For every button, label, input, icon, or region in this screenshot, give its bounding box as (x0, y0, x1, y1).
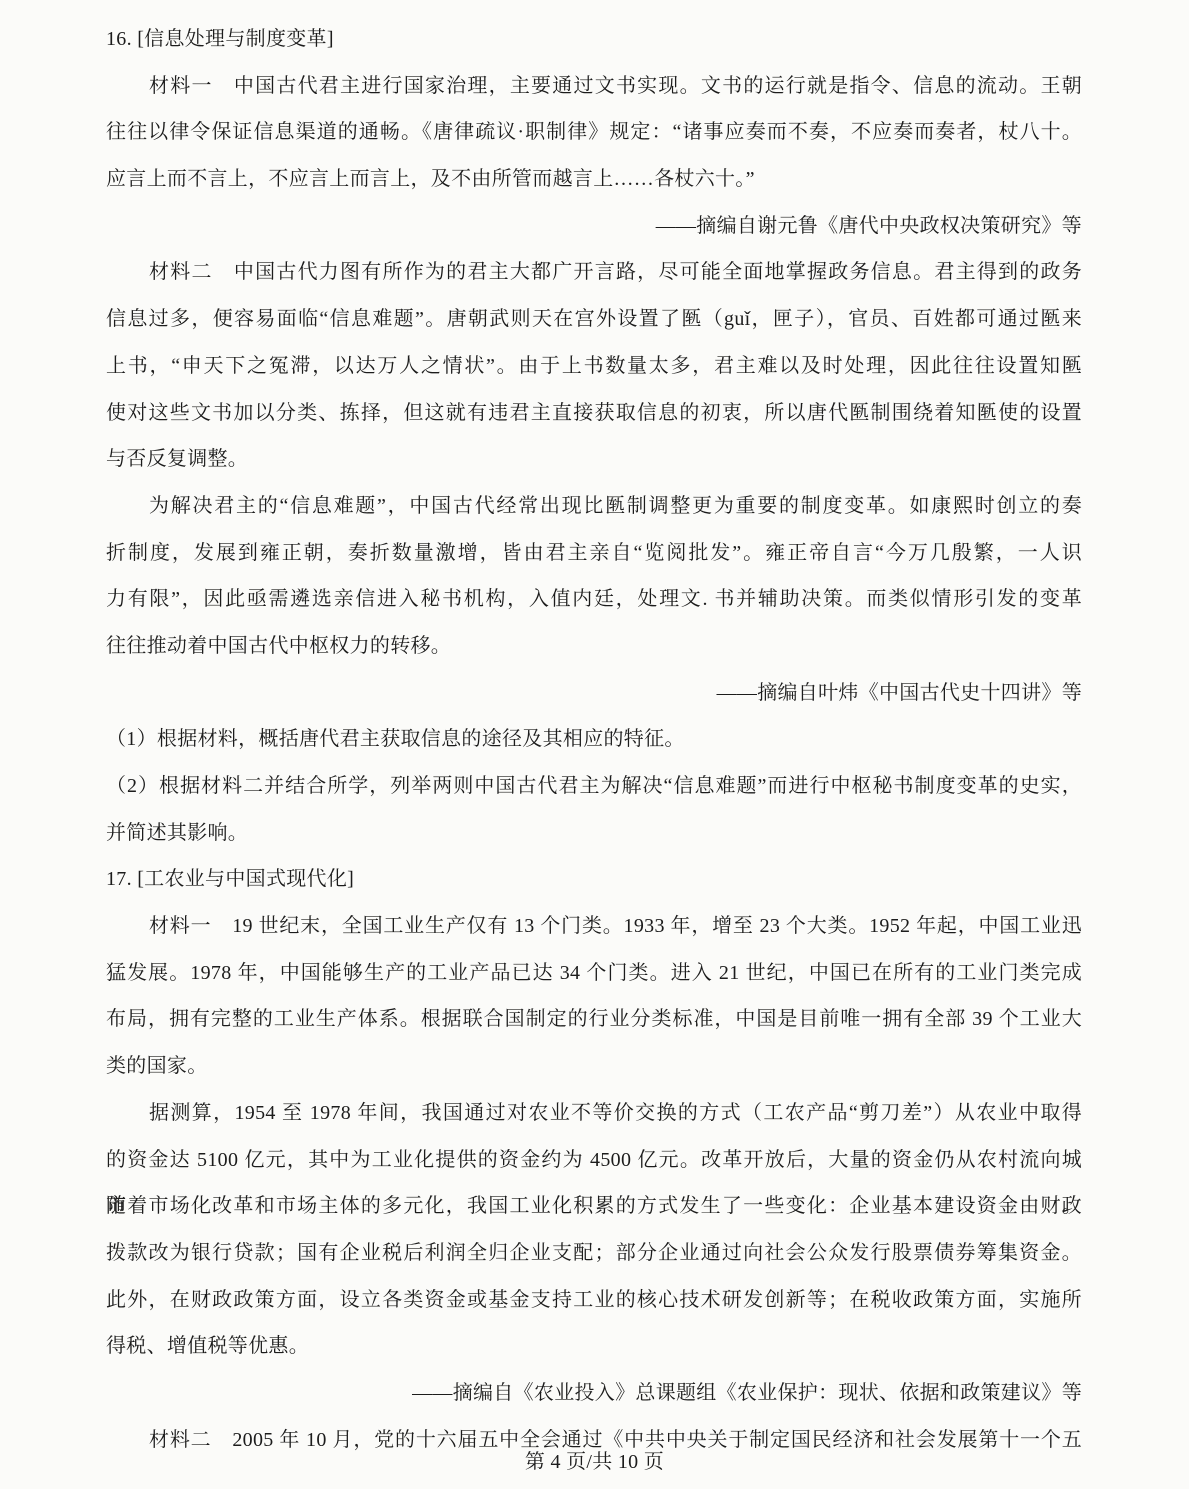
q17-material1-para2-line-3: 随着市场化改革和市场主体的多元化，我国工业化积累的方式发生了一些变化：企业基本建… (106, 1183, 1082, 1230)
q17-material1-line-2: 猛发展。1978 年，中国能够生产的工业产品已达 34 个门类。进入 21 世纪… (106, 950, 1082, 997)
q16-material2-line-2: 信息过多，便容易面临“信息难题”。唐朝武则天在宫外设置了匦（guǐ，匣子），官员… (106, 296, 1082, 343)
q16-material2-line-1: 材料二 中国古代力图有所作为的君主大都广开言路，尽可能全面地掌握政务信息。君主得… (106, 249, 1082, 296)
q17-material1-line-4: 类的国家。 (106, 1043, 1082, 1090)
q17-material1-para2-line-6: 得税、增值税等优惠。 (106, 1323, 1082, 1370)
q16-material2-para2-line-3: 力有限”，因此亟需遴选亲信进入秘书机构，入值内廷，处理文. 书并辅助决策。而类似… (106, 576, 1082, 623)
q16-material2-line-5: 与否反复调整。 (106, 436, 1082, 483)
q17-material1-para2-line-1: 据测算，1954 至 1978 年间，我国通过对农业不等价交换的方式（工农产品“… (106, 1090, 1082, 1137)
q16-source-attribution-1: ——摘编自谢元鲁《唐代中央政权决策研究》等 (106, 203, 1082, 250)
q17-material1-para2-line-4: 拨款改为银行贷款；国有企业税后利润全归企业支配；部分企业通过向社会公众发行股票债… (106, 1230, 1082, 1277)
q16-source-attribution-2: ——摘编自叶炜《中国古代史十四讲》等 (106, 670, 1082, 717)
q17-material1-line-1: 材料一 19 世纪末，全国工业生产仅有 13 个门类。1933 年，增至 23 … (106, 903, 1082, 950)
q16-material1-line-2: 往往以律令保证信息渠道的通畅。《唐律疏议·职制律》规定：“诸事应奏而不奏，不应奏… (106, 109, 1082, 156)
q17-material1-para2-line-2: 的资金达 5100 亿元，其中为工业化提供的资金约为 4500 亿元。改革开放后… (106, 1137, 1082, 1184)
q16-material2-para2-line-2: 折制度，发展到雍正朝，奏折数量激增，皆由君主亲自“览阅批发”。雍正帝自言“今万几… (106, 530, 1082, 577)
q16-material2-para2-line-1: 为解决君主的“信息难题”，中国古代经常出现比匦制调整更为重要的制度变革。如康熙时… (106, 483, 1082, 530)
q16-subquestion-2-line-1: （2）根据材料二并结合所学，列举两则中国古代君主为解决“信息难题”而进行中枢秘书… (106, 763, 1082, 810)
q16-material1-line-3: 应言上而不言上，不应言上而言上，及不由所管而越言上……各杖六十。” (106, 156, 1082, 203)
page-footer: 第 4 页/共 10 页 (0, 1446, 1189, 1478)
q16-material1-line-1: 材料一 中国古代君主进行国家治理，主要通过文书实现。文书的运行就是指令、信息的流… (106, 63, 1082, 110)
q17-title: 17. [工农业与中国式现代化] (106, 856, 1082, 903)
q17-material1-para2-line-5: 此外，在财政政策方面，设立各类资金或基金支持工业的核心技术研发创新等；在税收政策… (106, 1277, 1082, 1324)
q16-subquestion-2-line-2: 并简述其影响。 (106, 810, 1082, 857)
q16-material2-line-3: 上书，“申天下之冤滞，以达万人之情状”。由于上书数量太多，君主难以及时处理，因此… (106, 343, 1082, 390)
q16-title: 16. [信息处理与制度变革] (106, 16, 1082, 63)
q16-material2-para2-line-4: 往往推动着中国古代中枢权力的转移。 (106, 623, 1082, 670)
q17-material1-line-3: 布局，拥有完整的工业生产体系。根据联合国制定的行业分类标准，中国是目前唯一拥有全… (106, 996, 1082, 1043)
exam-paper-page: 16. [信息处理与制度变革] 材料一 中国古代君主进行国家治理，主要通过文书实… (0, 0, 1189, 1489)
q16-subquestion-1: （1）根据材料，概括唐代君主获取信息的途径及其相应的特征。 (106, 716, 1082, 763)
q17-source-attribution-1: ——摘编自《农业投入》总课题组《农业保护：现状、依据和政策建议》等 (106, 1370, 1082, 1417)
page-content: 16. [信息处理与制度变革] 材料一 中国古代君主进行国家治理，主要通过文书实… (106, 16, 1082, 1463)
q16-material2-line-4: 使对这些文书加以分类、拣择，但这就有违君主直接获取信息的初衷，所以唐代匦制围绕着… (106, 390, 1082, 437)
